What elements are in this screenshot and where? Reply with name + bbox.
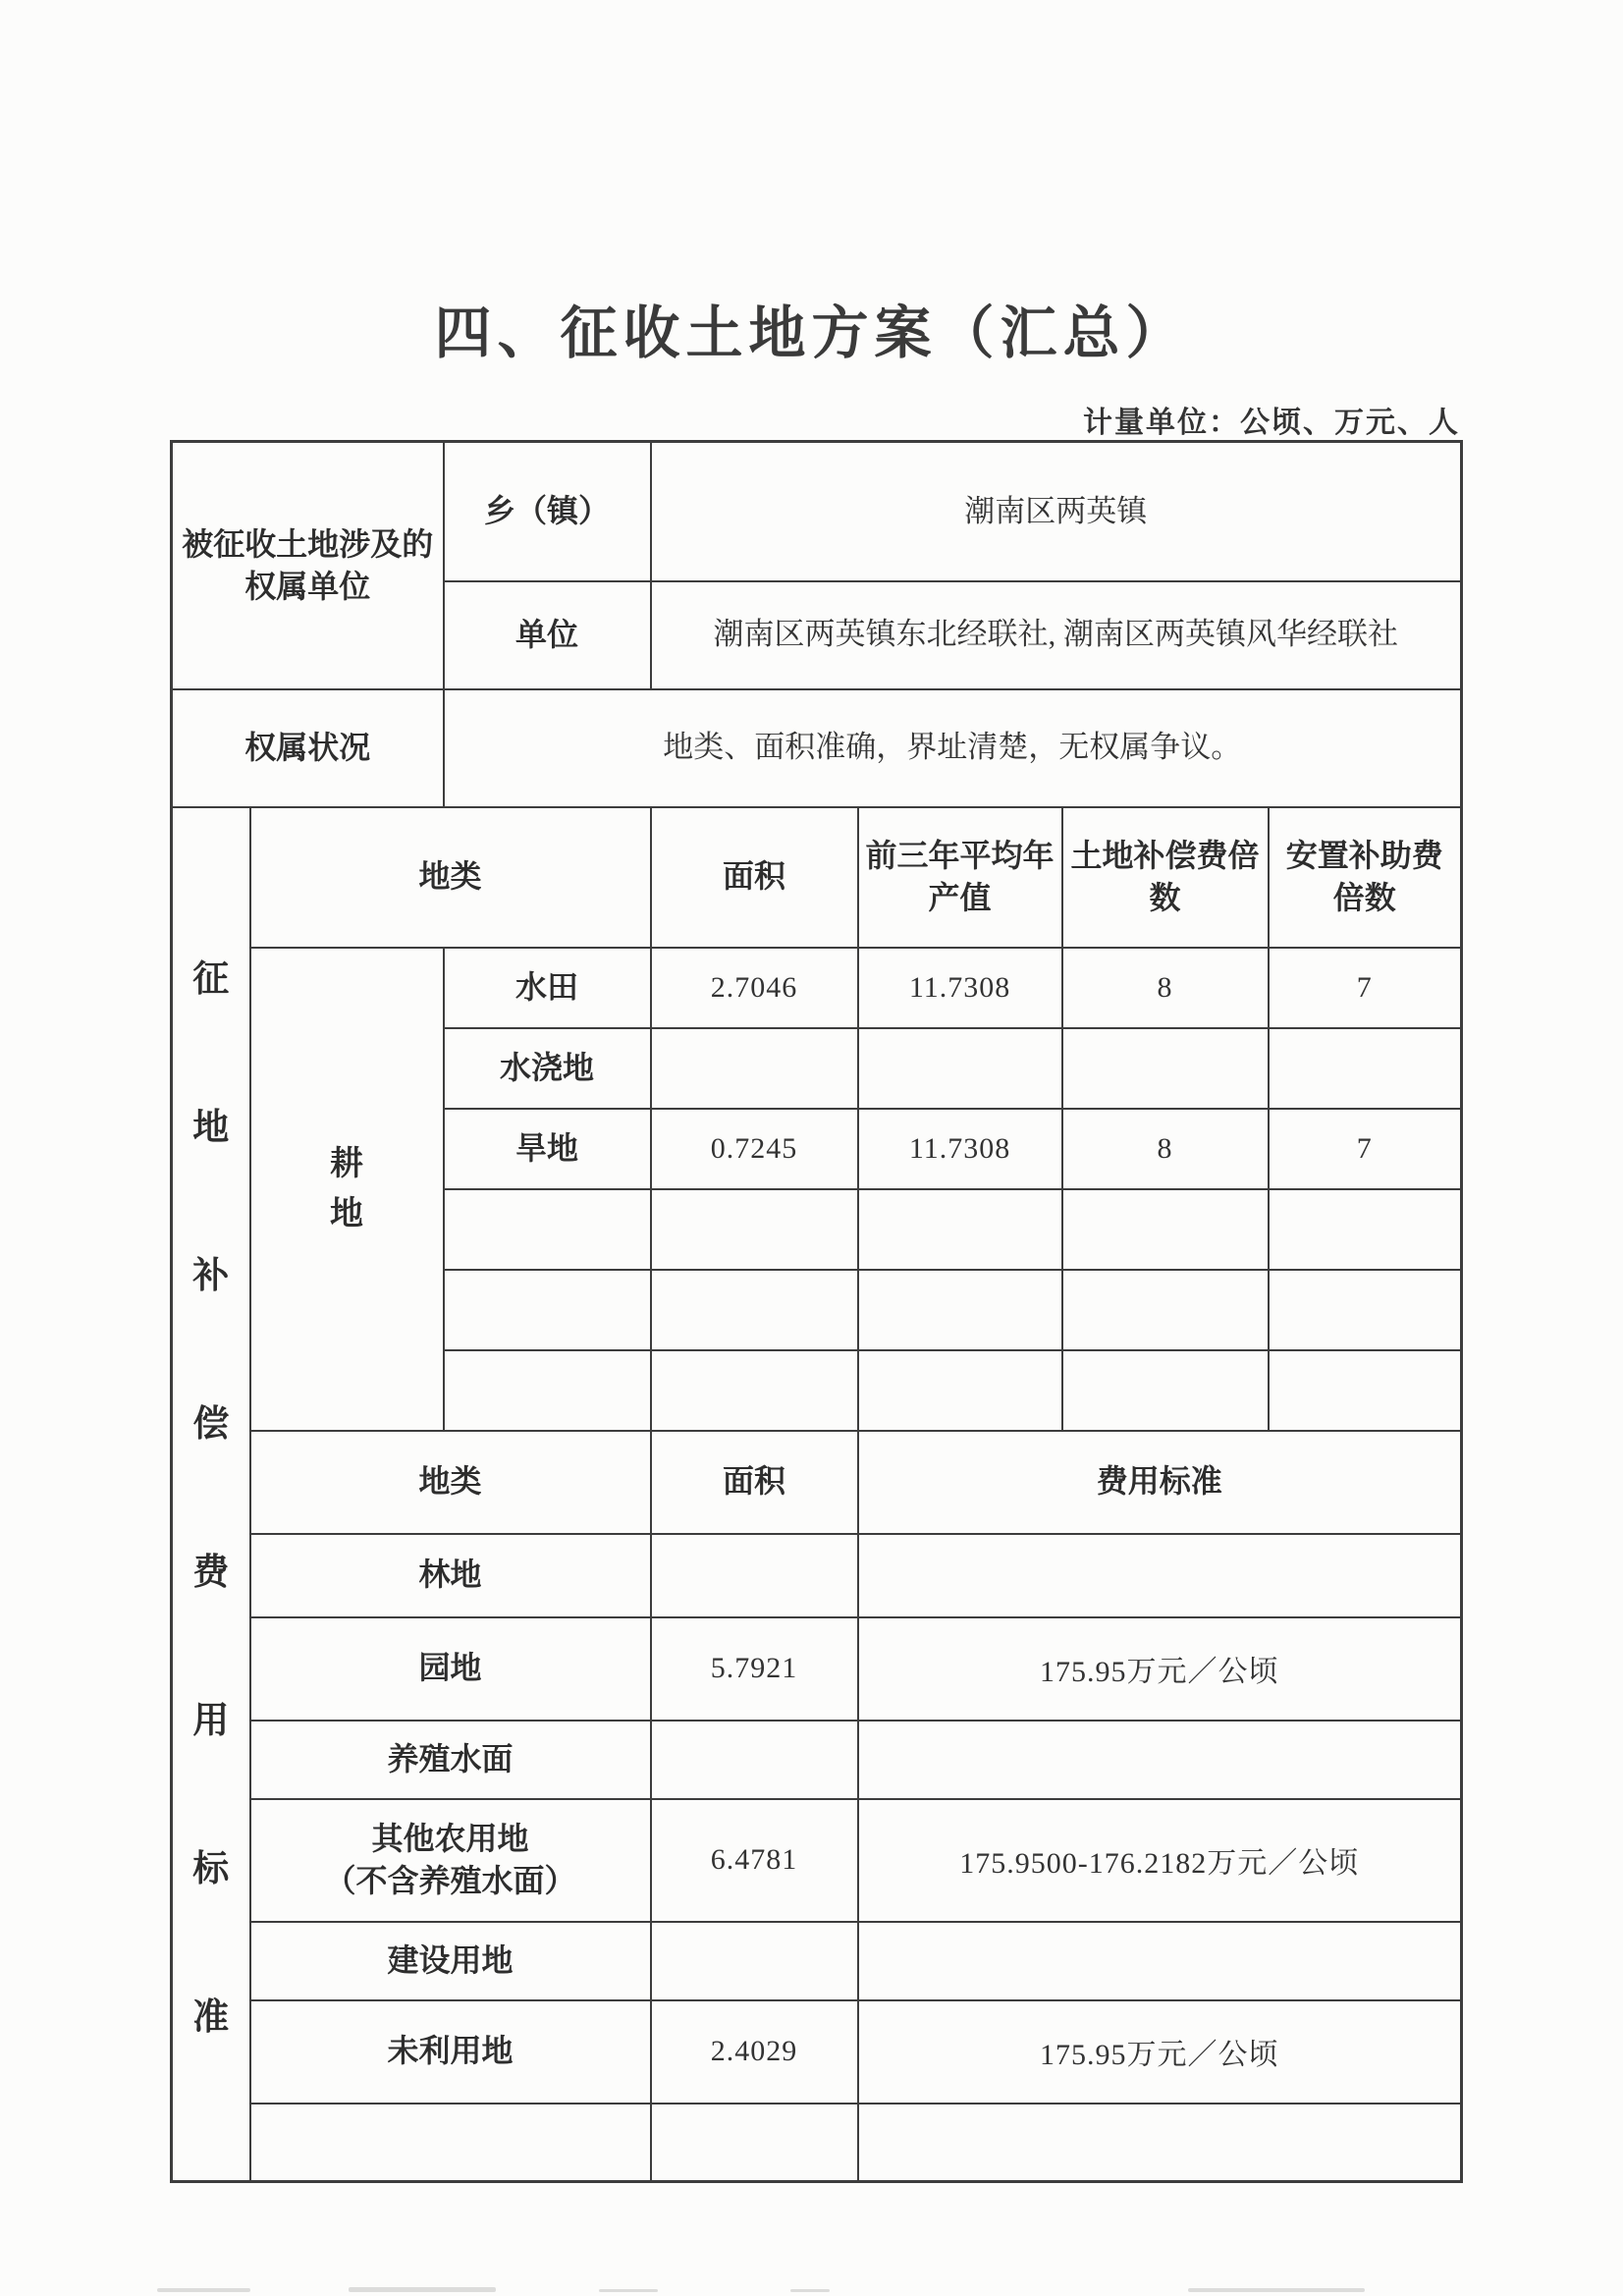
area-cell: 0.7245	[711, 1132, 798, 1165]
standard-cell: 175.95万元／公顷	[1040, 1656, 1279, 1688]
township-value: 潮南区两英镇	[964, 494, 1147, 528]
section-label-char: 用	[192, 1690, 229, 1743]
landtype-cell: 建设用地	[388, 1942, 514, 1978]
page-title: 四、征收土地方案（汇总）	[0, 287, 1623, 369]
section-label-char: 标	[192, 1838, 229, 1891]
table-row: 养殖水面	[172, 1721, 1462, 1799]
table-row: 建设用地	[172, 1922, 1462, 2000]
row-township: 被征收土地涉及的权属单位 乡（镇） 潮南区两英镇	[172, 442, 1462, 581]
section-label-char: 地	[192, 1097, 229, 1150]
table2-header-standard: 费用标准	[858, 1431, 1462, 1534]
unit-label-cell: 单位	[444, 581, 651, 689]
header-label: 地类	[419, 858, 482, 894]
landtype-cell: 旱地	[515, 1130, 578, 1166]
landtype-cell: 水田	[515, 969, 578, 1005]
township-label: 乡（镇）	[484, 493, 610, 528]
scan-artifact	[349, 2287, 496, 2292]
area-cell: 5.7921	[711, 1652, 798, 1684]
unit-value: 潮南区两英镇东北经联社, 潮南区两英镇风华经联社	[714, 617, 1399, 651]
table-row: 耕地 水田 2.7046 11.7308 8 7	[172, 948, 1462, 1028]
area-cell: 2.7046	[711, 971, 798, 1004]
header-label: 面积	[723, 858, 785, 894]
scanned-document-page: 四、征收土地方案（汇总） 计量单位：公顷、万元、人 被征收土地涉及的权属单位 乡…	[0, 0, 1623, 2296]
row-table1-header: 征 地 补 偿 费 用 标 准 地类 面积 前三年平均年产值 土地	[172, 807, 1462, 948]
table-row: 未利用地 2.4029 175.95万元／公顷	[172, 2000, 1462, 2104]
row-table2-header: 地类 面积 费用标准	[172, 1431, 1462, 1534]
standard-cell: 175.9500-176.2182万元／公顷	[959, 1847, 1359, 1880]
table1-header-area: 面积	[651, 807, 858, 948]
landtype-cell: 未利用地	[388, 2033, 514, 2068]
measurement-unit-note: 计量单位：公顷、万元、人	[1083, 398, 1460, 441]
header-label: 土地补偿费倍数	[1071, 838, 1260, 915]
header-label: 费用标准	[1097, 1463, 1222, 1499]
standard-cell: 175.95万元／公顷	[1040, 2039, 1279, 2071]
scan-artifact	[790, 2289, 830, 2292]
table-row: 林地	[172, 1534, 1462, 1617]
row-ownership-status: 权属状况 地类、面积准确，界址清楚，无权属争议。	[172, 689, 1462, 807]
unit-value-cell: 潮南区两英镇东北经联社, 潮南区两英镇风华经联社	[651, 581, 1462, 689]
scan-artifact	[1188, 2288, 1365, 2292]
header-label: 面积	[723, 1463, 785, 1499]
resettle-multiple-cell: 7	[1357, 971, 1373, 1004]
scan-artifact	[157, 2288, 250, 2292]
table1-header-land-multiple: 土地补偿费倍数	[1062, 807, 1269, 948]
township-value-cell: 潮南区两英镇	[651, 442, 1462, 581]
area-cell: 6.4781	[711, 1843, 798, 1876]
scan-artifact	[599, 2289, 658, 2292]
header-label: 前三年平均年产值	[866, 838, 1055, 915]
land-acquisition-table: 被征收土地涉及的权属单位 乡（镇） 潮南区两英镇 单位 潮南区两英镇东北经联社,…	[170, 440, 1463, 2183]
table-row	[172, 2104, 1462, 2182]
table2-header-landtype: 地类	[250, 1431, 651, 1534]
landtype-cell: 园地	[419, 1650, 482, 1685]
ownership-units-label: 被征收土地涉及的权属单位	[182, 526, 433, 604]
ownership-status-label: 权属状况	[244, 730, 370, 765]
table1-header-output: 前三年平均年产值	[858, 807, 1062, 948]
section-label-char: 费	[192, 1542, 229, 1595]
ownership-status-label-cell: 权属状况	[172, 689, 444, 807]
section-label-vertical: 征 地 补 偿 费 用 标 准	[173, 949, 249, 2040]
landtype-cell: 水浇地	[500, 1050, 594, 1085]
ownership-status-value: 地类、面积准确，界址清楚，无权属争议。	[663, 730, 1241, 764]
land-multiple-cell: 8	[1158, 1132, 1173, 1165]
section-label-cell: 征 地 补 偿 费 用 标 准	[172, 807, 250, 2182]
section-label-char: 补	[192, 1245, 229, 1298]
unit-label: 单位	[515, 617, 578, 652]
header-label: 地类	[419, 1463, 482, 1499]
section-label-char: 准	[192, 1987, 229, 2040]
table-row: 其他农用地 （不含养殖水面） 6.4781 175.9500-176.2182万…	[172, 1799, 1462, 1922]
land-multiple-cell: 8	[1158, 971, 1173, 1004]
ownership-status-value-cell: 地类、面积准确，界址清楚，无权属争议。	[444, 689, 1462, 807]
ownership-units-cell: 被征收土地涉及的权属单位	[172, 442, 444, 689]
table1-header-resettle-multiple: 安置补助费倍数	[1269, 807, 1462, 948]
cultivated-land-group-cell: 耕地	[250, 948, 444, 1431]
cultivated-land-group-label: 耕地	[327, 1139, 365, 1239]
township-label-cell: 乡（镇）	[444, 442, 651, 581]
section-label-char: 偿	[192, 1394, 229, 1447]
resettle-multiple-cell: 7	[1357, 1132, 1373, 1165]
landtype-cell: 林地	[419, 1557, 482, 1592]
section-label-char: 征	[192, 949, 229, 1002]
table1-header-landtype: 地类	[250, 807, 651, 948]
landtype-cell: 养殖水面	[388, 1741, 514, 1777]
header-label: 安置补助费倍数	[1286, 838, 1443, 915]
output-cell: 11.7308	[909, 1132, 1010, 1165]
landtype-cell: 其他农用地 （不含养殖水面）	[325, 1821, 576, 1898]
table-row: 园地 5.7921 175.95万元／公顷	[172, 1617, 1462, 1721]
output-cell: 11.7308	[909, 971, 1010, 1004]
area-cell: 2.4029	[711, 2035, 798, 2067]
table2-header-area: 面积	[651, 1431, 858, 1534]
